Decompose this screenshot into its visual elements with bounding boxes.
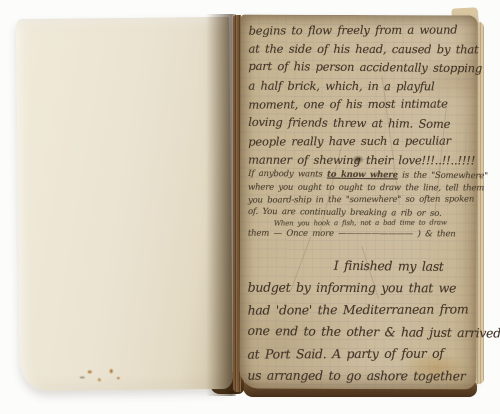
underlined-note-text: to know where [327,170,398,181]
manuscript-line: one end to the other & had just arrived [247,319,473,343]
manuscript-line: part of his person accidentally stopping [248,57,474,78]
note-text: is the "Somewhere" [398,170,488,181]
foxing-spot [110,369,113,373]
foxing-spot [98,378,101,381]
manuscript-line: people really have such a peculiar [248,131,474,151]
interlinear-note-line: When you hook a fish, not a bad time to … [248,218,474,228]
left-blank-page [16,17,233,391]
foxing-spot [88,370,92,373]
manuscript-line: budget by informing you that we [248,276,474,299]
manuscript-line: at the side of his head, caused by that [249,39,475,58]
right-written-page: begins to flow freely from a wound at th… [239,15,477,390]
handwritten-text-block: begins to flow freely from a wound at th… [247,21,474,390]
manuscript-line: a half brick, which, in a playful [248,76,474,95]
manuscript-line: at Port Said. A party of four of [247,342,473,365]
manuscript-note-line: If anybody wants to know where is the "S… [248,168,474,183]
manuscript-line: us arranged to go ashore together [247,364,473,387]
manuscript-line: had 'done' the Mediterranean from [248,298,474,321]
ink-smudge [352,155,364,164]
foxing-spot [80,376,85,378]
manuscript-note-line: where you ought to ought to draw the lin… [248,181,474,194]
note-text: If anybody wants [248,169,327,180]
photo-of-open-diary: begins to flow freely from a wound at th… [0,0,500,414]
manuscript-note-line: you board-ship in the "somewhere" so oft… [248,193,474,207]
manuscript-line: moment, one of his most intimate [248,94,474,114]
gutter-shadow [206,14,236,396]
manuscript-line: loving friends threw at him. Some [248,112,474,133]
manuscript-note-line: them — Once more ————————— ) & then [248,228,474,241]
foxing-spot [117,377,120,379]
manuscript-line: I finished my last [248,253,474,277]
manuscript-line: begins to flow freely from a wound [249,20,475,40]
